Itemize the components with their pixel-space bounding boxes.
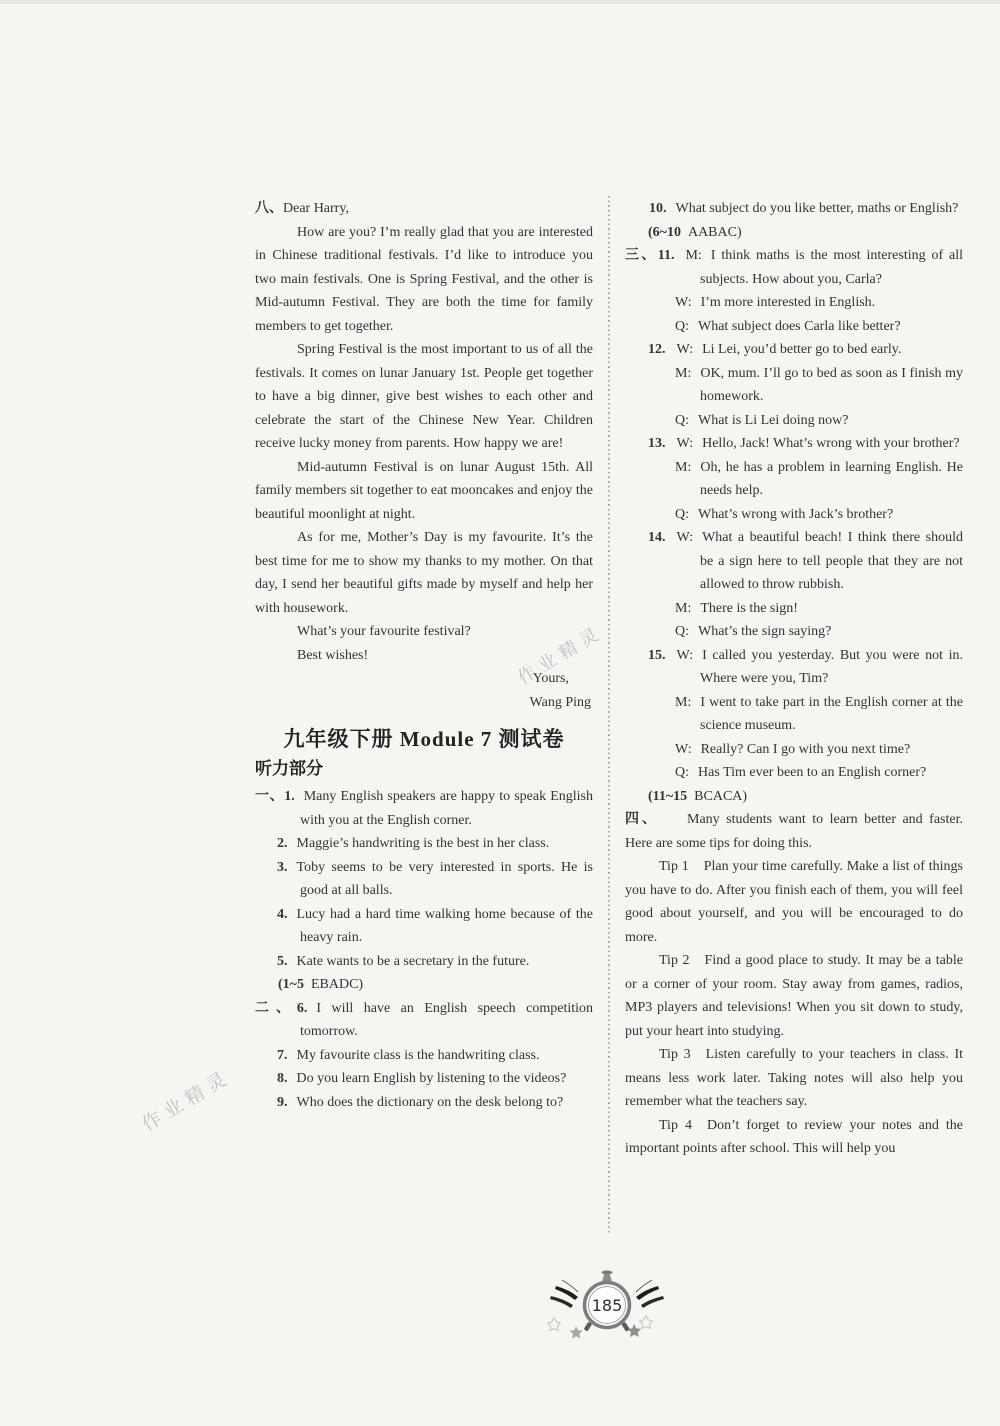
- list-item: 8.Do you learn English by listening to t…: [255, 1067, 593, 1091]
- tip-label: Tip 1: [659, 859, 689, 874]
- item-text: Many English speakers are happy to speak…: [300, 789, 593, 828]
- letter-paragraph: Mid-autumn Festival is on lunar August 1…: [255, 456, 593, 527]
- item-number: 12.: [648, 342, 666, 357]
- tip-paragraph: Tip 3Listen carefully to your teachers i…: [625, 1043, 963, 1114]
- clock-knob: [602, 1271, 613, 1275]
- dialogue-text: I went to take part in the English corne…: [700, 695, 963, 734]
- dialogue-line: Q:Has Tim ever been to an English corner…: [625, 761, 963, 785]
- list-item: 10.What subject do you like better, math…: [625, 197, 963, 221]
- dialogue-text: I called you yesterday. But you were not…: [700, 648, 963, 687]
- tip-label: Tip 3: [659, 1047, 691, 1062]
- item-text: Do you learn English by listening to the…: [297, 1071, 567, 1086]
- item-number: 3.: [277, 860, 288, 875]
- dialogue-text: Hello, Jack! What’s wrong with your brot…: [702, 436, 960, 451]
- item-number: 4.: [277, 907, 288, 922]
- dialogue-text: There is the sign!: [700, 601, 798, 616]
- alarm-clock-icon: 185: [542, 1266, 672, 1354]
- list-item: 4.Lucy had a hard time walking home beca…: [255, 903, 593, 950]
- speaker-label: W:: [677, 648, 694, 663]
- answer-range: (6~10: [648, 225, 681, 240]
- answer-letters: BCACA): [694, 789, 747, 804]
- tip-label: Tip 4: [659, 1118, 692, 1133]
- dialogue-text: OK, mum. I’ll go to bed as soon as I fin…: [700, 366, 963, 405]
- page-number: 185: [592, 1296, 623, 1315]
- item-number: 一、1.: [255, 789, 295, 804]
- dialogue-text: What’s the sign saying?: [698, 624, 831, 639]
- watermark: 作业精灵: [136, 1062, 236, 1137]
- speaker-label: W:: [677, 530, 694, 545]
- page-number-badge: 185: [542, 1266, 672, 1354]
- dialogue-line: M:OK, mum. I’ll go to bed as soon as I f…: [625, 362, 963, 409]
- answer-letters: AABAC): [688, 225, 742, 240]
- listening-section-heading: 听力部分: [255, 756, 593, 782]
- dialogue-text: What subject does Carla like better?: [698, 319, 901, 334]
- speaker-label: W:: [677, 436, 694, 451]
- page-title: 九年级下册 Module 7 测试卷: [255, 724, 593, 754]
- dialogue-line: 15.W:I called you yesterday. But you wer…: [625, 644, 963, 691]
- tip-paragraph: Tip 2Find a good place to study. It may …: [625, 949, 963, 1043]
- dialogue-line: W:Really? Can I go with you next time?: [625, 738, 963, 762]
- dialogue-line: W:I’m more interested in English.: [625, 291, 963, 315]
- item-number: 二、6.: [255, 1001, 307, 1016]
- list-item: 7.My favourite class is the handwriting …: [255, 1044, 593, 1068]
- item-text: What subject do you like better, maths o…: [676, 201, 959, 216]
- dialogue-text: What’s wrong with Jack’s brother?: [698, 507, 893, 522]
- letter-salutation: 八、Dear Harry,: [255, 197, 593, 221]
- item-text: I will have an English speech competitio…: [300, 1001, 593, 1040]
- list-item: 9.Who does the dictionary on the desk be…: [255, 1091, 593, 1115]
- item-number: 2.: [277, 836, 288, 851]
- flourish-left: [550, 1296, 573, 1308]
- speaker-label: M:: [675, 366, 691, 381]
- letter-paragraph: As for me, Mother’s Day is my favourite.…: [255, 526, 593, 620]
- dialogue-line: M:I went to take part in the English cor…: [625, 691, 963, 738]
- item-text: Toby seems to be very interested in spor…: [297, 860, 594, 899]
- answer-line: (11~15BCACA): [648, 785, 963, 809]
- dialogue-text: What is Li Lei doing now?: [698, 413, 848, 428]
- item-text: Maggie’s handwriting is the best in her …: [297, 836, 550, 851]
- dialogue-line: Q:What is Li Lei doing now?: [625, 409, 963, 433]
- speaker-label: M:: [675, 460, 691, 475]
- dialogue-line: M:Oh, he has a problem in learning Engli…: [625, 456, 963, 503]
- letter-closing: Best wishes!: [255, 644, 593, 668]
- letter-paragraph: How are you? I’m really glad that you ar…: [255, 221, 593, 339]
- speaker-label: M:: [675, 695, 691, 710]
- speaker-label: Q:: [675, 413, 689, 428]
- column-divider: [608, 196, 610, 1234]
- star-icon: [570, 1326, 583, 1339]
- dialogue-line: 三、11.M:I think maths is the most interes…: [625, 244, 963, 291]
- answer-letters: EBADC): [311, 977, 363, 992]
- speaker-label: M:: [675, 601, 691, 616]
- item-number: 8.: [277, 1071, 288, 1086]
- flourish-left: [555, 1286, 578, 1300]
- item-number: 10.: [649, 201, 667, 216]
- section-marker: 四、: [625, 812, 659, 827]
- speaker-label: Q:: [675, 507, 689, 522]
- item-number: 15.: [648, 648, 666, 663]
- dialogue-text: Really? Can I go with you next time?: [701, 742, 911, 757]
- passage-intro: 四、Many students want to learn better and…: [625, 808, 963, 855]
- dialogue-line: Q:What’s the sign saying?: [625, 620, 963, 644]
- item-text: Lucy had a hard time walking home becaus…: [297, 907, 594, 946]
- section-marker: 八、: [255, 201, 283, 216]
- star-icon: [640, 1316, 653, 1329]
- speaker-label: Q:: [675, 765, 689, 780]
- tip-paragraph: Tip 1Plan your time carefully. Make a li…: [625, 855, 963, 949]
- item-text: Kate wants to be a secretary in the futu…: [297, 954, 530, 969]
- answer-range: (1~5: [278, 977, 304, 992]
- letter-signature: Wang Ping: [255, 691, 593, 715]
- letter-question: What’s your favourite festival?: [255, 620, 593, 644]
- item-number: 7.: [277, 1048, 288, 1063]
- list-item: 2.Maggie’s handwriting is the best in he…: [255, 832, 593, 856]
- item-number: 9.: [277, 1095, 288, 1110]
- dialogue-text: What a beautiful beach! I think there sh…: [700, 530, 963, 592]
- flourish-right: [641, 1296, 664, 1308]
- dialogue-text: I think maths is the most interesting of…: [700, 248, 963, 287]
- star-icon: [627, 1324, 641, 1337]
- item-number: 14.: [648, 530, 666, 545]
- intro-text: Many students want to learn better and f…: [625, 812, 963, 851]
- right-column: 10.What subject do you like better, math…: [625, 197, 963, 1161]
- speaker-label: W:: [675, 742, 692, 757]
- scan-edge: [0, 0, 1000, 4]
- speaker-label: Q:: [675, 624, 689, 639]
- tip-label: Tip 2: [659, 953, 690, 968]
- dialogue-line: 12.W:Li Lei, you’d better go to bed earl…: [625, 338, 963, 362]
- list-item: 二、6.I will have an English speech compet…: [255, 997, 593, 1044]
- item-number: 13.: [648, 436, 666, 451]
- dialogue-text: I’m more interested in English.: [701, 295, 876, 310]
- list-item: 3.Toby seems to be very interested in sp…: [255, 856, 593, 903]
- answer-line: (6~10AABAC): [648, 221, 963, 245]
- dialogue-text: Li Lei, you’d better go to bed early.: [702, 342, 901, 357]
- left-column: 八、Dear Harry, How are you? I’m really gl…: [255, 197, 593, 1114]
- salutation-text: Dear Harry,: [283, 201, 349, 216]
- dialogue-line: Q:What’s wrong with Jack’s brother?: [625, 503, 963, 527]
- item-text: My favourite class is the handwriting cl…: [297, 1048, 540, 1063]
- tip-paragraph: Tip 4Don’t forget to review your notes a…: [625, 1114, 963, 1161]
- dialogue-text: Oh, he has a problem in learning English…: [700, 460, 963, 499]
- star-icon: [548, 1318, 561, 1331]
- list-item: 一、1.Many English speakers are happy to s…: [255, 785, 593, 832]
- dialogue-line: Q:What subject does Carla like better?: [625, 315, 963, 339]
- letter-signoff: Yours,: [255, 667, 593, 691]
- speaker-label: W:: [677, 342, 694, 357]
- speaker-label: W:: [675, 295, 692, 310]
- item-text: Who does the dictionary on the desk belo…: [297, 1095, 564, 1110]
- item-number: 三、11.: [625, 248, 674, 263]
- answer-range: (11~15: [648, 789, 687, 804]
- flourish-right: [636, 1286, 659, 1300]
- dialogue-text: Has Tim ever been to an English corner?: [698, 765, 926, 780]
- answer-line: (1~5EBADC): [278, 973, 593, 997]
- speaker-label: Q:: [675, 319, 689, 334]
- dialogue-line: 14.W:What a beautiful beach! I think the…: [625, 526, 963, 597]
- dialogue-line: 13.W:Hello, Jack! What’s wrong with your…: [625, 432, 963, 456]
- speaker-label: M:: [685, 248, 701, 263]
- dialogue-line: M:There is the sign!: [625, 597, 963, 621]
- list-item: 5.Kate wants to be a secretary in the fu…: [255, 950, 593, 974]
- letter-paragraph: Spring Festival is the most important to…: [255, 338, 593, 456]
- item-number: 5.: [277, 954, 288, 969]
